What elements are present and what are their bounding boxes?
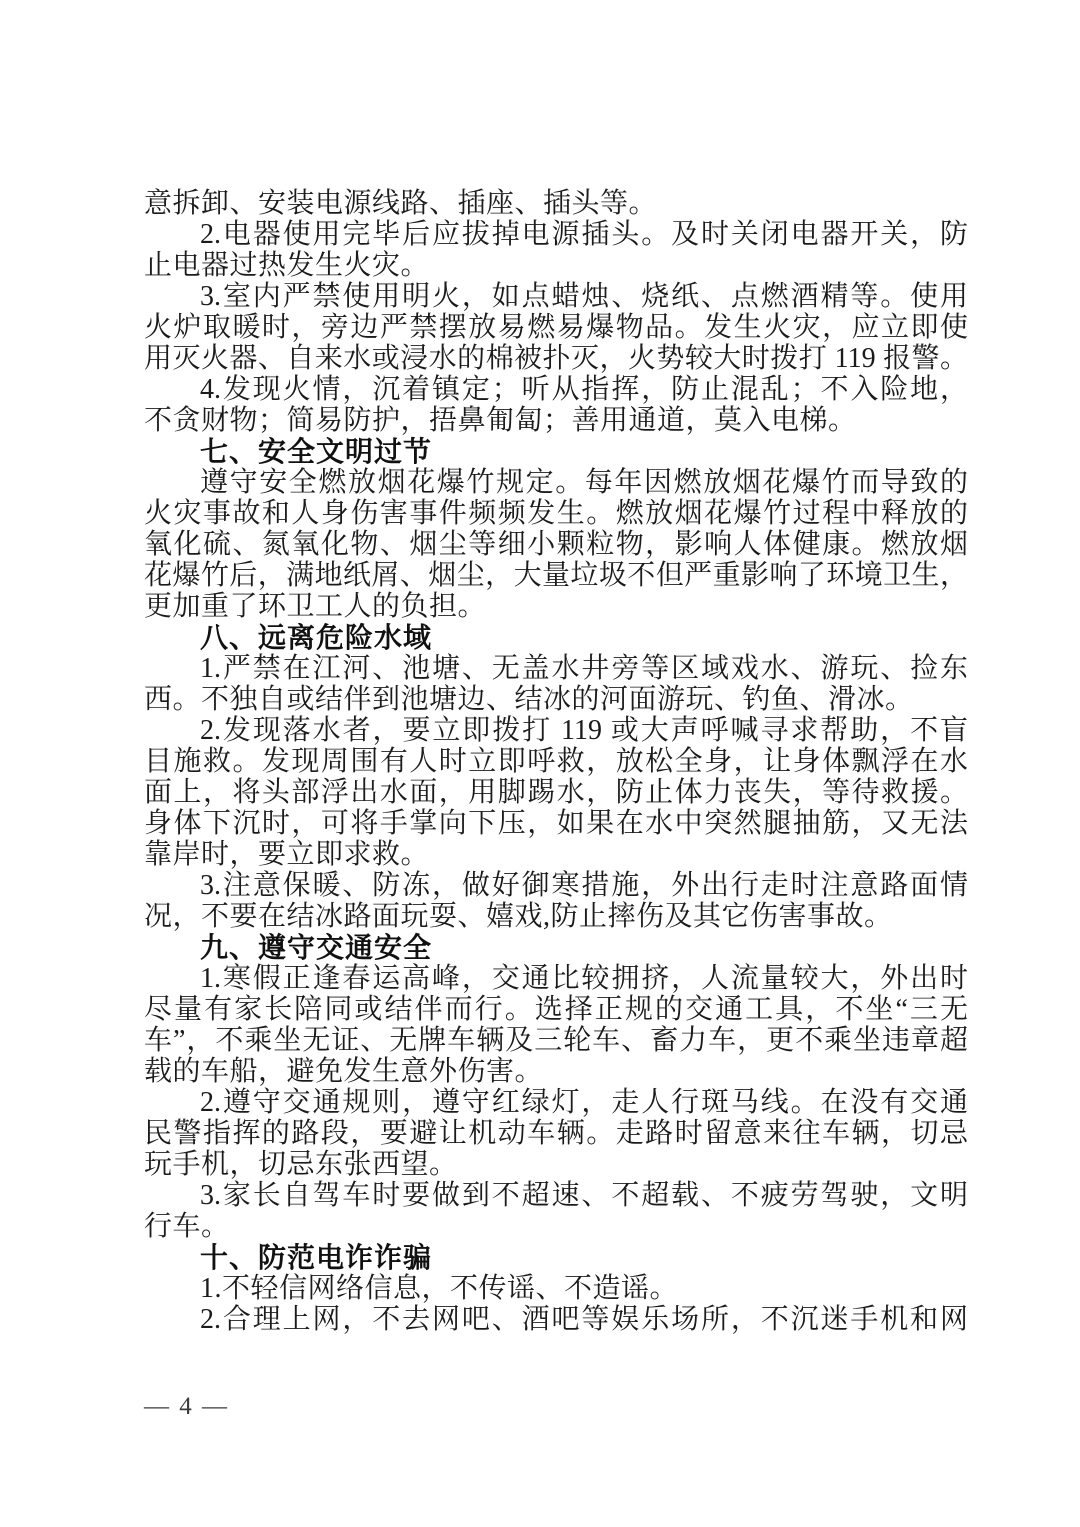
text-line: 氧化硫、氮氧化物、烟尘等细小颗粒物，影响人体健康。燃放烟 — [144, 529, 968, 560]
text-line: 尽量有家长陪同或结伴而行。选择正规的交通工具，不坐“三无 — [144, 994, 968, 1025]
text-line: 西。不独自或结伴到池塘边、结冰的河面游玩、钓鱼、滑冰。 — [144, 684, 968, 715]
text-line: 遵守安全燃放烟花爆竹规定。每年因燃放烟花爆竹而导致的 — [144, 467, 968, 498]
section-heading: 八、远离危险水域 — [144, 622, 968, 653]
text-line: 行车。 — [144, 1211, 968, 1242]
document-body: 意拆卸、安装电源线路、插座、插头等。 2.电器使用完毕后应拔掉电源插头。及时关闭… — [144, 188, 968, 1335]
text-line: 用灭火器、自来水或浸水的棉被扑灭，火势较大时拨打 119 报警。 — [144, 343, 968, 374]
text-line: 车”，不乘坐无证、无牌车辆及三轮车、畜力车，更不乘坐违章超 — [144, 1025, 968, 1056]
text-line: 1.不轻信网络信息，不传谣、不造谣。 — [144, 1273, 968, 1304]
text-line: 2.遵守交通规则，遵守红绿灯，走人行斑马线。在没有交通 — [144, 1087, 968, 1118]
text-line: 况，不要在结冰路面玩耍、嬉戏,防止摔伤及其它伤害事故。 — [144, 901, 968, 932]
text-line: 不贪财物；简易防护，捂鼻匍匐；善用通道，莫入电梯。 — [144, 405, 968, 436]
text-line: 3.家长自驾车时要做到不超速、不超载、不疲劳驾驶，文明 — [144, 1180, 968, 1211]
text-line: 2.电器使用完毕后应拔掉电源插头。及时关闭电器开关，防 — [144, 219, 968, 250]
section-heading: 十、防范电诈诈骗 — [144, 1242, 968, 1273]
text-line: 3.室内严禁使用明火，如点蜡烛、烧纸、点燃酒精等。使用 — [144, 281, 968, 312]
text-line: 火灾事故和人身伤害事件频频发生。燃放烟花爆竹过程中释放的 — [144, 498, 968, 529]
text-line: 止电器过热发生火灾。 — [144, 250, 968, 281]
text-line: 目施救。发现周围有人时立即呼救，放松全身，让身体飘浮在水 — [144, 746, 968, 777]
text-line: 意拆卸、安装电源线路、插座、插头等。 — [144, 188, 968, 219]
text-line: 火炉取暖时，旁边严禁摆放易燃易爆物品。发生火灾，应立即使 — [144, 312, 968, 343]
text-line: 4.发现火情，沉着镇定；听从指挥，防止混乱；不入险地， — [144, 374, 968, 405]
text-line: 身体下沉时，可将手掌向下压，如果在水中突然腿抽筋，又无法 — [144, 808, 968, 839]
text-line: 2.发现落水者，要立即拨打 119 或大声呼喊寻求帮助，不盲 — [144, 715, 968, 746]
section-heading: 九、遵守交通安全 — [144, 932, 968, 963]
text-line: 3.注意保暖、防冻，做好御寒措施，外出行走时注意路面情 — [144, 870, 968, 901]
text-line: 玩手机，切忌东张西望。 — [144, 1149, 968, 1180]
text-line: 1.严禁在江河、池塘、无盖水井旁等区域戏水、游玩、捡东 — [144, 653, 968, 684]
text-line: 载的车船，避免发生意外伤害。 — [144, 1056, 968, 1087]
text-line: 靠岸时，要立即求救。 — [144, 839, 968, 870]
text-line: 面上，将头部浮出水面，用脚踢水，防止体力丧失，等待救援。 — [144, 777, 968, 808]
text-line: 2.合理上网，不去网吧、酒吧等娱乐场所，不沉迷手机和网 — [144, 1304, 968, 1335]
section-heading: 七、安全文明过节 — [144, 436, 968, 467]
page-number: — 4 — — [144, 1393, 229, 1421]
document-page: 意拆卸、安装电源线路、插座、插头等。 2.电器使用完毕后应拔掉电源插头。及时关闭… — [0, 0, 1080, 1527]
text-line: 1.寒假正逢春运高峰，交通比较拥挤，人流量较大，外出时 — [144, 963, 968, 994]
text-line: 民警指挥的路段，要避让机动车辆。走路时留意来往车辆，切忌 — [144, 1118, 968, 1149]
text-line: 花爆竹后，满地纸屑、烟尘，大量垃圾不但严重影响了环境卫生， — [144, 560, 968, 591]
text-line: 更加重了环卫工人的负担。 — [144, 591, 968, 622]
